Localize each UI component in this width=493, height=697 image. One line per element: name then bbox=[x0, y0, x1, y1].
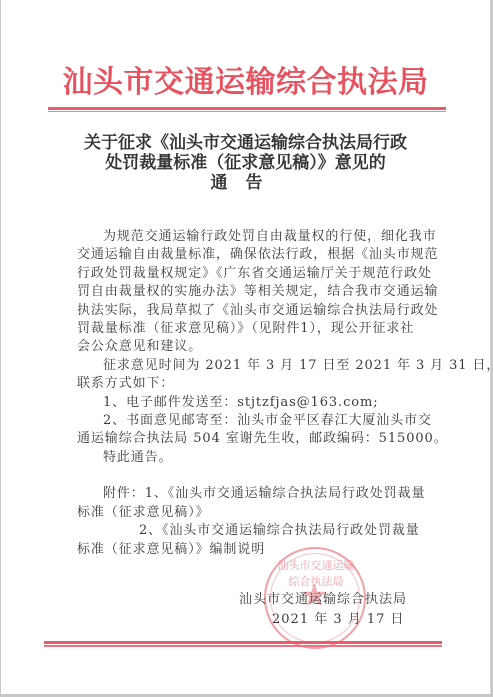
attachment-1: 附件：1、《汕头市交通运输综合执法局行政处罚裁量 bbox=[77, 485, 427, 503]
agency-masthead: 汕头市交通运输综合执法局 bbox=[1, 57, 490, 101]
footer-red-rule-thin bbox=[44, 645, 442, 647]
notice-title-line-1: 关于征求《汕头市交通运输综合执法局行政 bbox=[1, 133, 490, 153]
body-line: 罚自由裁量权的实施办法》等相关规定，结合我市交通运输 bbox=[77, 283, 427, 301]
contact-email: 1、电子邮件发送至：stjtzfjas@163.com; bbox=[77, 394, 427, 412]
attachment-1-cont: 标准（征求意见稿）》 bbox=[77, 504, 427, 522]
document-page: 汕头市交通运输综合执法局 关于征求《汕头市交通运输综合执法局行政 处罚裁量标准（… bbox=[1, 0, 491, 694]
body-line: 罚裁量标准（征求意见稿）》（见附件1），现公开征求社 bbox=[77, 320, 427, 338]
body-line: 征求意见时间为 2021 年 3 月 17 日至 2021 年 3 月 31 日… bbox=[77, 357, 427, 375]
body-line: 联系方式如下： bbox=[77, 375, 427, 393]
body-line: 会公众意见和建议。 bbox=[77, 338, 427, 356]
body-line: 执法实际，我局草拟了《汕头市交通运输综合执法局行政处 bbox=[77, 302, 427, 320]
attachment-2-cont: 标准（征求意见稿）》编制说明 bbox=[77, 541, 427, 559]
signature-org: 汕头市交通运输综合执法局 bbox=[239, 588, 407, 607]
closing-text: 特此通告。 bbox=[77, 449, 427, 467]
notice-body: 为规范交通运输行政处罚自由裁量权的行使，细化我市 交通运输自由裁量标准，确保依法… bbox=[77, 228, 427, 559]
header-red-rule bbox=[48, 107, 446, 110]
header-red-rule-thin bbox=[48, 111, 446, 112]
body-line: 为规范交通运输行政处罚自由裁量权的行使，细化我市 bbox=[77, 228, 427, 246]
contact-mail-cont: 通运输综合执法局 504 室谢先生收，邮政编码：515000。 bbox=[77, 430, 427, 448]
contact-mail: 2、书面意见邮寄至：汕头市金平区春江大厦汕头市交 bbox=[77, 412, 427, 430]
signature-date: 2021 年 3 月 17 日 bbox=[272, 608, 405, 627]
notice-title-line-2: 处罚裁量标准（征求意见稿）》意见的 bbox=[1, 153, 490, 173]
notice-title-line-3: 通告 bbox=[1, 173, 490, 193]
body-line: 行政处罚裁量权规定》《广东省交通运输厅关于规范行政处 bbox=[77, 265, 427, 283]
body-line: 交通运输自由裁量标准，确保依法行政，根据《汕头市规范 bbox=[77, 246, 427, 264]
attachment-2: 2、《汕头市交通运输综合执法局行政处罚裁量 bbox=[77, 522, 427, 540]
footer-red-rule bbox=[44, 641, 442, 644]
